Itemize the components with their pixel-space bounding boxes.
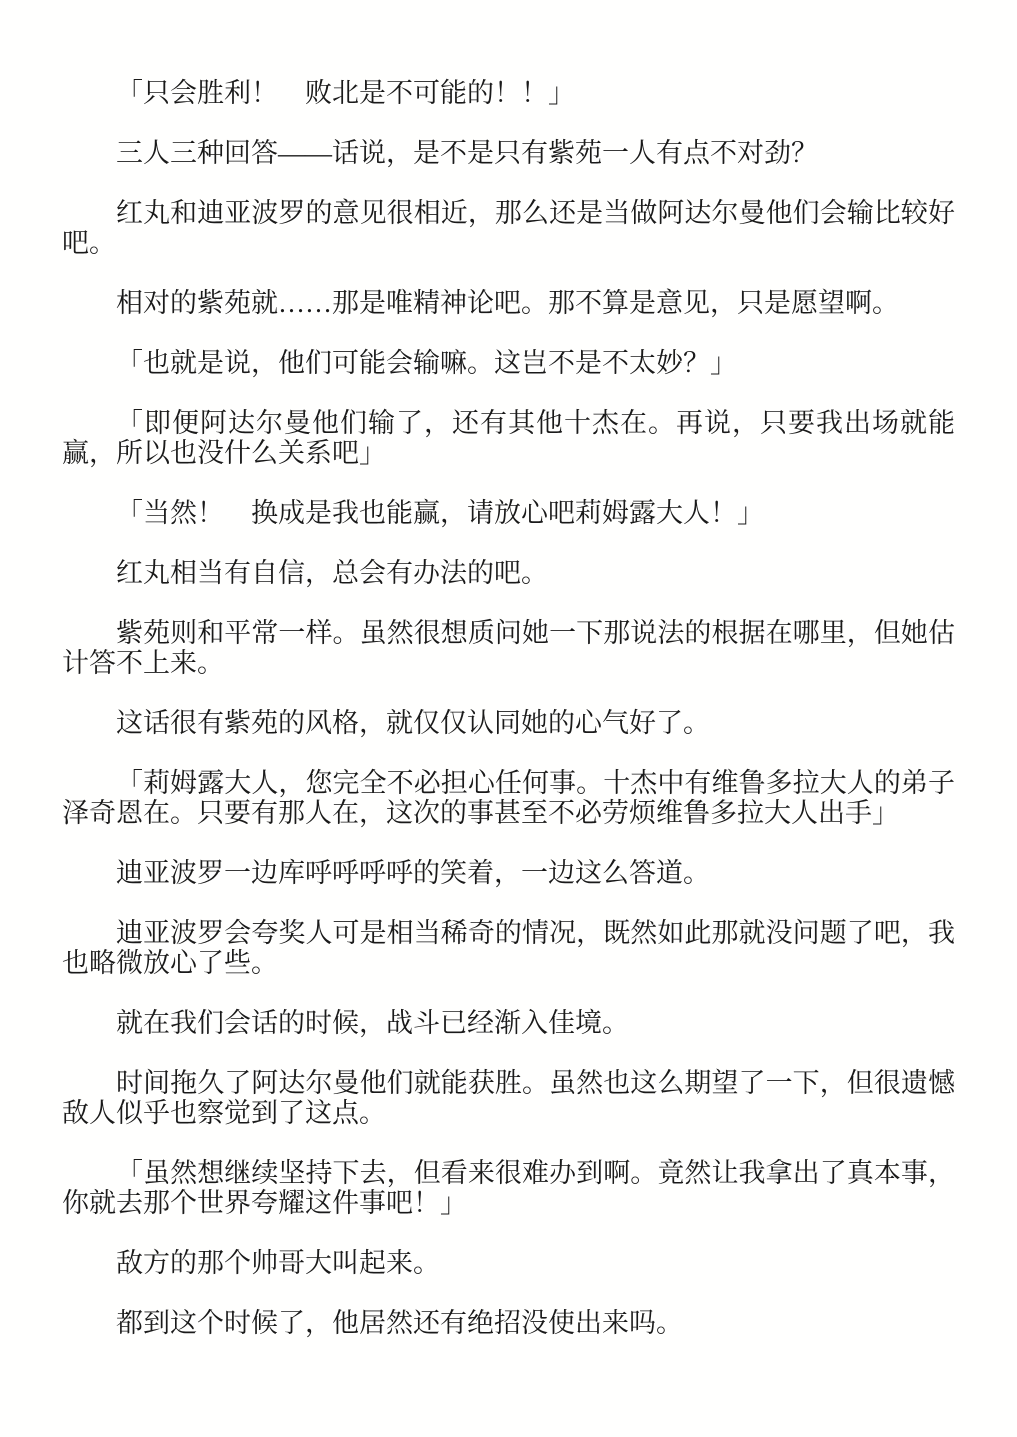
paragraph-narration-benimaru-diablo: 红丸和迪亚波罗的意见很相近，那么还是当做阿达尔曼他们会输比较好吧。 (62, 198, 955, 258)
text-content: 「只会胜利！ 败北是不可能的！！」 三人三种回答——话说，是不是只有紫苑一人有点… (62, 78, 955, 1338)
paragraph-dialogue-might-lose: 「也就是说，他们可能会输嘛。这岂不是不太妙？」 (62, 348, 955, 378)
paragraph-narration-diablo-praise: 迪亚波罗会夸奖人可是相当稀奇的情况，既然如此那就没问题了吧，我也略微放心了些。 (62, 918, 955, 978)
paragraph-narration-shion-style: 这话很有紫苑的风格，就仅仅认同她的心气好了。 (62, 708, 955, 738)
paragraph-dialogue-ten-greats: 「即便阿达尔曼他们输了，还有其他十杰在。再说，只要我出场就能赢，所以也没什么关系… (62, 408, 955, 468)
paragraph-narration-shion-wish: 相对的紫苑就……那是唯精神论吧。那不算是意见，只是愿望啊。 (62, 288, 955, 318)
paragraph-narration-three-answers: 三人三种回答——话说，是不是只有紫苑一人有点不对劲？ (62, 138, 955, 168)
paragraph-narration-battle-climax: 就在我们会话的时候，战斗已经渐入佳境。 (62, 1008, 955, 1038)
paragraph-narration-trump-card: 都到这个时候了，他居然还有绝招没使出来吗。 (62, 1308, 955, 1338)
paragraph-dialogue-victory: 「只会胜利！ 败北是不可能的！！」 (62, 78, 955, 108)
paragraph-narration-handsome-enemy-shout: 敌方的那个帅哥大叫起来。 (62, 1248, 955, 1278)
paragraph-dialogue-of-course: 「当然！ 换成是我也能赢，请放心吧莉姆露大人！」 (62, 498, 955, 528)
paragraph-narration-shion-as-usual: 紫苑则和平常一样。虽然很想质问她一下那说法的根据在哪里，但她估计答不上来。 (62, 618, 955, 678)
ebook-page: 「只会胜利！ 败北是不可能的！！」 三人三种回答——话说，是不是只有紫苑一人有点… (0, 0, 1017, 1437)
paragraph-narration-diablo-laugh: 迪亚波罗一边库呼呼呼呼的笑着，一边这么答道。 (62, 858, 955, 888)
paragraph-narration-benimaru-confident: 红丸相当有自信，总会有办法的吧。 (62, 558, 955, 588)
paragraph-narration-enemy-noticed: 时间拖久了阿达尔曼他们就能获胜。虽然也这么期望了一下，但很遗憾敌人似乎也察觉到了… (62, 1068, 955, 1128)
paragraph-dialogue-true-power: 「虽然想继续坚持下去，但看来很难办到啊。竟然让我拿出了真本事，你就去那个世界夸耀… (62, 1158, 955, 1218)
paragraph-dialogue-rimuru-no-worry: 「莉姆露大人，您完全不必担心任何事。十杰中有维鲁多拉大人的弟子泽奇恩在。只要有那… (62, 768, 955, 828)
